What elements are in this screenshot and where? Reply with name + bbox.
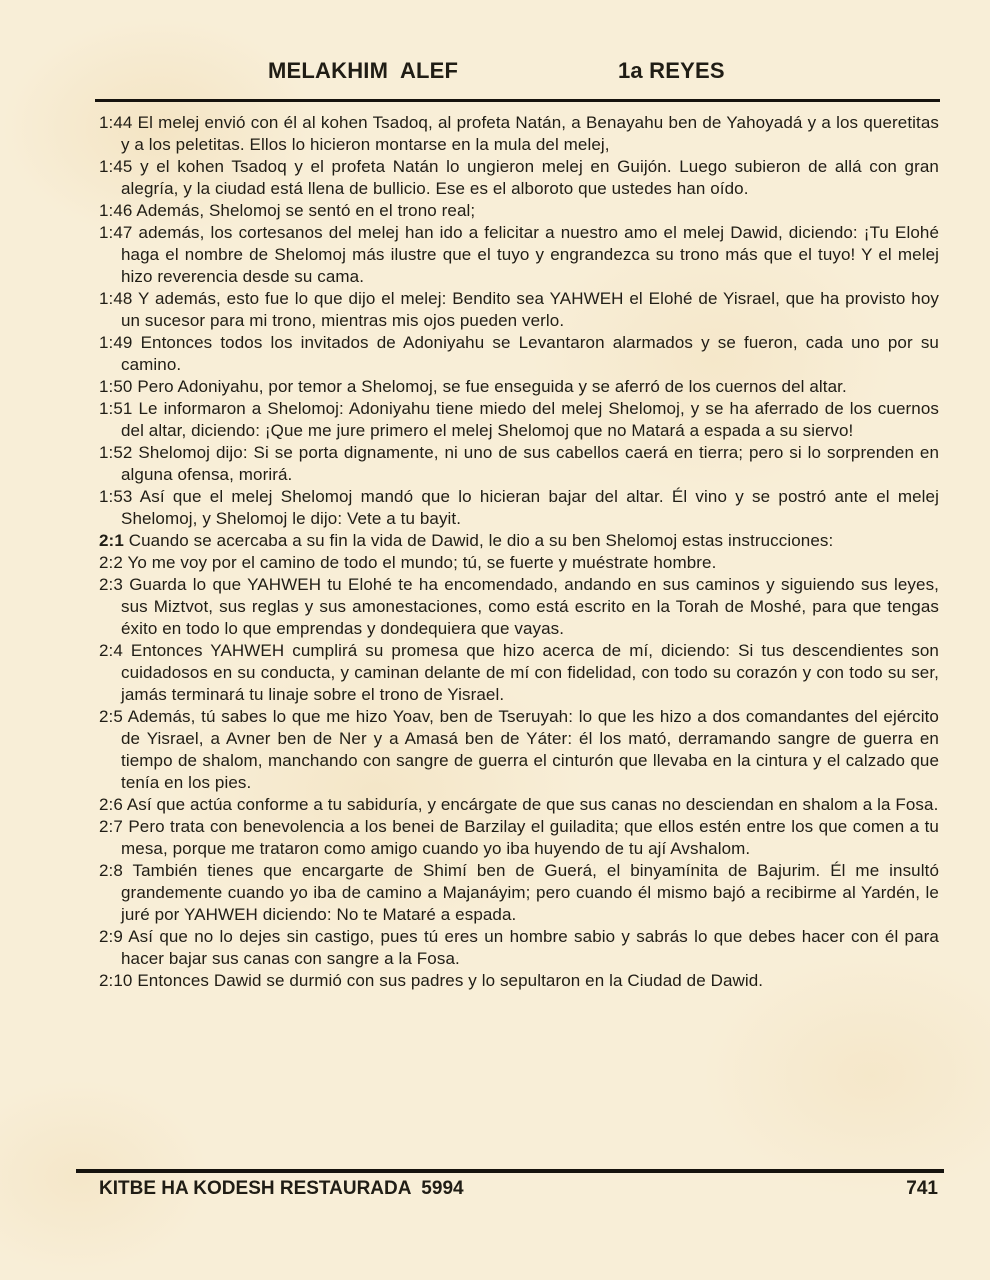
verse-text: Además, tú sabes lo que me hizo Yoav, be… <box>121 707 939 792</box>
verse-1-51: 1:51 Le informaron a Shelomoj: Adoniyahu… <box>99 398 939 442</box>
verse-text: Además, Shelomoj se sentó en el trono re… <box>133 201 476 220</box>
verse-2-10: 2:10 Entonces Dawid se durmió con sus pa… <box>99 970 939 992</box>
verse-number: 1:50 <box>99 377 133 396</box>
verse-text: También tienes que encargarte de Shimí b… <box>121 861 939 924</box>
verse-text: Así que el melej Shelomoj mandó que lo h… <box>121 487 939 528</box>
verse-number: 1:52 <box>99 443 133 462</box>
verse-text: Así que actúa conforme a tu sabiduría, y… <box>123 795 938 814</box>
verse-text: Y además, esto fue lo que dijo el melej:… <box>121 289 939 330</box>
scripture-text: 1:44 El melej envió con él al kohen Tsad… <box>99 112 939 992</box>
verse-text: además, los cortesanos del melej han ido… <box>121 223 939 286</box>
verse-text: El melej envió con él al kohen Tsadoq, a… <box>121 113 939 154</box>
verse-number: 2:4 <box>99 641 123 660</box>
verse-text: Shelomoj dijo: Si se porta dignamente, n… <box>121 443 939 484</box>
verse-1-44: 1:44 El melej envió con él al kohen Tsad… <box>99 112 939 156</box>
verse-number: 2:2 <box>99 553 123 572</box>
verse-text: Pero trata con benevolencia a los benei … <box>121 817 939 858</box>
verse-2-6: 2:6 Así que actúa conforme a tu sabidurí… <box>99 794 939 816</box>
verse-1-52: 1:52 Shelomoj dijo: Si se porta dignamen… <box>99 442 939 486</box>
page: MELAKHIM ALEF 1a REYES 1:44 El melej env… <box>0 0 990 1280</box>
page-footer: KITBE HA KODESH RESTAURADA 5994 741 <box>99 1178 938 1200</box>
verse-1-53: 1:53 Así que el melej Shelomoj mandó que… <box>99 486 939 530</box>
book-title-hebrew: MELAKHIM ALEF <box>268 58 458 84</box>
verse-number: 2:3 <box>99 575 123 594</box>
verse-text: Yo me voy por el camino de todo el mundo… <box>123 553 716 572</box>
verse-number: 1:53 <box>99 487 133 506</box>
verse-number: 1:46 <box>99 201 133 220</box>
verse-1-50: 1:50 Pero Adoniyahu, por temor a Shelomo… <box>99 376 939 398</box>
verse-text: Así que no lo dejes sin castigo, pues tú… <box>121 927 939 968</box>
verse-2-5: 2:5 Además, tú sabes lo que me hizo Yoav… <box>99 706 939 794</box>
verse-text: Cuando se acercaba a su fin la vida de D… <box>124 531 833 550</box>
verse-1-46: 1:46 Además, Shelomoj se sentó en el tro… <box>99 200 939 222</box>
verse-2-4: 2:4 Entonces YAHWEH cumplirá su promesa … <box>99 640 939 706</box>
verse-number: 2:8 <box>99 861 123 880</box>
verse-2-7: 2:7 Pero trata con benevolencia a los be… <box>99 816 939 860</box>
verse-2-8: 2:8 También tienes que encargarte de Shi… <box>99 860 939 926</box>
verse-number: 2:6 <box>99 795 123 814</box>
book-title-spanish: 1a REYES <box>618 58 725 84</box>
verse-number: 2:5 <box>99 707 123 726</box>
verse-1-47: 1:47 además, los cortesanos del melej ha… <box>99 222 939 288</box>
edition-title: KITBE HA KODESH RESTAURADA 5994 <box>99 1178 464 1200</box>
verse-text: y el kohen Tsadoq y el profeta Natán lo … <box>121 157 939 198</box>
verse-1-45: 1:45 y el kohen Tsadoq y el profeta Natá… <box>99 156 939 200</box>
page-header: MELAKHIM ALEF 1a REYES <box>0 58 990 88</box>
page-number: 741 <box>906 1178 938 1200</box>
verse-text: Entonces Dawid se durmió con sus padres … <box>133 971 764 990</box>
verse-text: Guarda lo que YAHWEH tu Elohé te ha enco… <box>121 575 939 638</box>
verse-text: Entonces todos los invitados de Adoniyah… <box>121 333 939 374</box>
verse-2-9: 2:9 Así que no lo dejes sin castigo, pue… <box>99 926 939 970</box>
verse-number: 2:9 <box>99 927 123 946</box>
verse-2-3: 2:3 Guarda lo que YAHWEH tu Elohé te ha … <box>99 574 939 640</box>
verse-number: 1:48 <box>99 289 133 308</box>
verse-text: Entonces YAHWEH cumplirá su promesa que … <box>121 641 939 704</box>
verse-number: 2:7 <box>99 817 123 836</box>
header-rule <box>95 99 940 102</box>
verse-number: 2:1 <box>99 531 124 550</box>
verse-number: 1:49 <box>99 333 133 352</box>
verse-2-2: 2:2 Yo me voy por el camino de todo el m… <box>99 552 939 574</box>
verse-number: 2:10 <box>99 971 133 990</box>
verse-text: Le informaron a Shelomoj: Adoniyahu tien… <box>121 399 939 440</box>
verse-number: 1:44 <box>99 113 133 132</box>
verse-number: 1:47 <box>99 223 133 242</box>
footer-rule <box>76 1169 944 1173</box>
verse-number: 1:51 <box>99 399 133 418</box>
verse-2-1: 2:1 Cuando se acercaba a su fin la vida … <box>99 530 939 552</box>
verse-text: Pero Adoniyahu, por temor a Shelomoj, se… <box>133 377 847 396</box>
verse-1-49: 1:49 Entonces todos los invitados de Ado… <box>99 332 939 376</box>
verse-1-48: 1:48 Y además, esto fue lo que dijo el m… <box>99 288 939 332</box>
verse-number: 1:45 <box>99 157 133 176</box>
